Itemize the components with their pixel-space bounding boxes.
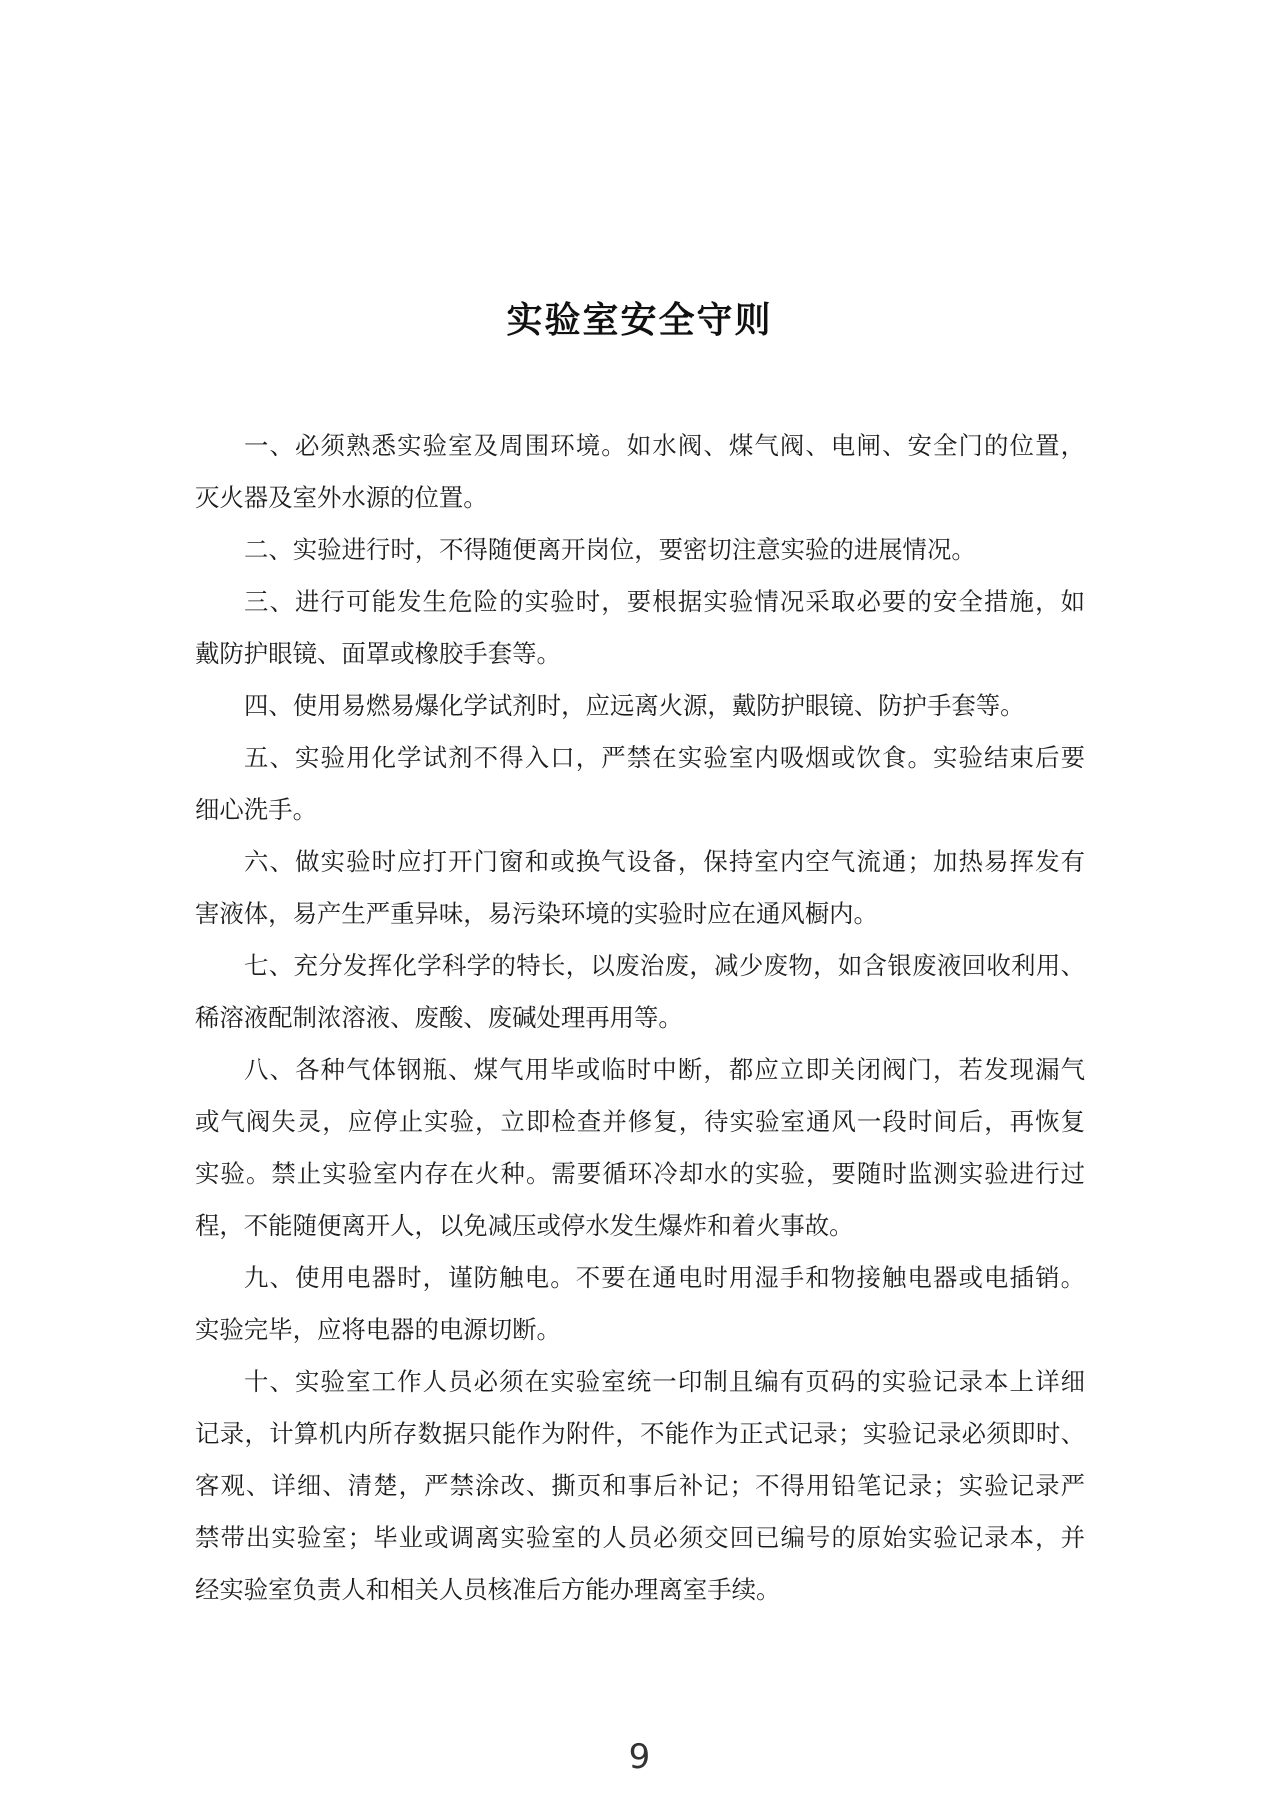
paragraph-line: 经实验室负责人和相关人员核准后方能办理离室手续。 xyxy=(195,1564,1085,1616)
paragraph-line: 九、使用电器时，谨防触电。不要在通电时用湿手和物接触电器或电插销。 xyxy=(195,1252,1085,1304)
paragraph-line: 客观、详细、清楚，严禁涂改、撕页和事后补记；不得用铅笔记录；实验记录严 xyxy=(195,1460,1085,1512)
rule-paragraph-3: 三、进行可能发生危险的实验时，要根据实验情况采取必要的安全措施，如 戴防护眼镜、… xyxy=(195,576,1085,680)
page-title: 实验室安全守则 xyxy=(0,296,1279,346)
paragraph-line: 禁带出实验室；毕业或调离实验室的人员必须交回已编号的原始实验记录本，并 xyxy=(195,1512,1085,1564)
rule-paragraph-2: 二、实验进行时，不得随便离开岗位，要密切注意实验的进展情况。 xyxy=(195,524,1085,576)
rule-paragraph-8: 八、各种气体钢瓶、煤气用毕或临时中断，都应立即关闭阀门，若发现漏气 或气阀失灵，… xyxy=(195,1044,1085,1252)
paragraph-line: 实验。禁止实验室内存在火种。需要循环冷却水的实验，要随时监测实验进行过 xyxy=(195,1148,1085,1200)
paragraph-line: 害液体，易产生严重异味，易污染环境的实验时应在通风橱内。 xyxy=(195,888,1085,940)
rule-paragraph-5: 五、实验用化学试剂不得入口，严禁在实验室内吸烟或饮食。实验结束后要 细心洗手。 xyxy=(195,732,1085,836)
paragraph-line: 记录，计算机内所存数据只能作为附件，不能作为正式记录；实验记录必须即时、 xyxy=(195,1408,1085,1460)
paragraph-line: 六、做实验时应打开门窗和或换气设备，保持室内空气流通；加热易挥发有 xyxy=(195,836,1085,888)
document-page: 实验室安全守则 一、必须熟悉实验室及周围环境。如水阀、煤气阀、电闸、安全门的位置… xyxy=(0,0,1279,1809)
rules-body: 一、必须熟悉实验室及周围环境。如水阀、煤气阀、电闸、安全门的位置， 灭火器及室外… xyxy=(195,420,1085,1616)
rule-paragraph-1: 一、必须熟悉实验室及周围环境。如水阀、煤气阀、电闸、安全门的位置， 灭火器及室外… xyxy=(195,420,1085,524)
paragraph-line: 八、各种气体钢瓶、煤气用毕或临时中断，都应立即关闭阀门，若发现漏气 xyxy=(195,1044,1085,1096)
paragraph-line: 灭火器及室外水源的位置。 xyxy=(195,472,1085,524)
paragraph-line: 或气阀失灵，应停止实验，立即检查并修复，待实验室通风一段时间后，再恢复 xyxy=(195,1096,1085,1148)
paragraph-line: 五、实验用化学试剂不得入口，严禁在实验室内吸烟或饮食。实验结束后要 xyxy=(195,732,1085,784)
paragraph-line: 细心洗手。 xyxy=(195,784,1085,836)
paragraph-line: 二、实验进行时，不得随便离开岗位，要密切注意实验的进展情况。 xyxy=(195,524,1085,576)
paragraph-line: 七、充分发挥化学科学的特长，以废治废，减少废物，如含银废液回收利用、 xyxy=(195,940,1085,992)
paragraph-line: 戴防护眼镜、面罩或橡胶手套等。 xyxy=(195,628,1085,680)
rule-paragraph-7: 七、充分发挥化学科学的特长，以废治废，减少废物，如含银废液回收利用、 稀溶液配制… xyxy=(195,940,1085,1044)
paragraph-line: 实验完毕，应将电器的电源切断。 xyxy=(195,1304,1085,1356)
rule-paragraph-9: 九、使用电器时，谨防触电。不要在通电时用湿手和物接触电器或电插销。 实验完毕，应… xyxy=(195,1252,1085,1356)
rule-paragraph-6: 六、做实验时应打开门窗和或换气设备，保持室内空气流通；加热易挥发有 害液体，易产… xyxy=(195,836,1085,940)
paragraph-line: 四、使用易燃易爆化学试剂时，应远离火源，戴防护眼镜、防护手套等。 xyxy=(195,680,1085,732)
paragraph-line: 十、实验室工作人员必须在实验室统一印制且编有页码的实验记录本上详细 xyxy=(195,1356,1085,1408)
rule-paragraph-10: 十、实验室工作人员必须在实验室统一印制且编有页码的实验记录本上详细 记录，计算机… xyxy=(195,1356,1085,1616)
page-number: 9 xyxy=(0,1735,1279,1779)
paragraph-line: 程，不能随便离开人，以免减压或停水发生爆炸和着火事故。 xyxy=(195,1200,1085,1252)
rule-paragraph-4: 四、使用易燃易爆化学试剂时，应远离火源，戴防护眼镜、防护手套等。 xyxy=(195,680,1085,732)
paragraph-line: 三、进行可能发生危险的实验时，要根据实验情况采取必要的安全措施，如 xyxy=(195,576,1085,628)
paragraph-line: 一、必须熟悉实验室及周围环境。如水阀、煤气阀、电闸、安全门的位置， xyxy=(195,420,1085,472)
paragraph-line: 稀溶液配制浓溶液、废酸、废碱处理再用等。 xyxy=(195,992,1085,1044)
